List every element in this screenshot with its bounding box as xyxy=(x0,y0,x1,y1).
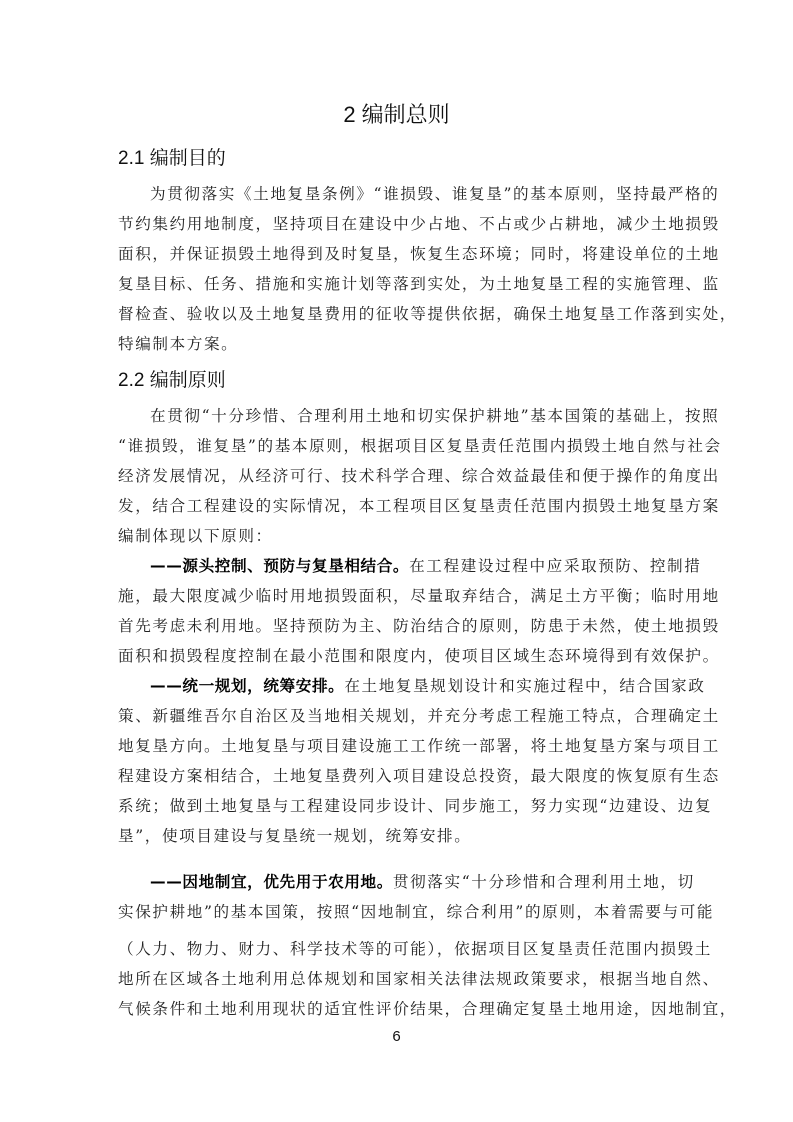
paragraph-line: 面积，并保证损毁土地得到及时复垦，恢复生态环境；同时，将建设单位的土地 xyxy=(118,242,678,264)
paragraph-line: 发，结合工程建设的实际情况，本工程项目区复垦责任范围内损毁土地复垦方案 xyxy=(118,494,678,516)
paragraph-line: 程建设方案相结合，土地复垦费列入项目建设总投资，最大限度的恢复原有生态 xyxy=(118,764,678,786)
principle-3-first-line: ——因地制宜，优先用于农用地。贯彻落实“十分珍惜和合理利用土地，切 xyxy=(150,870,710,892)
principle-3-title: ——因地制宜，优先用于农用地。 xyxy=(150,873,393,891)
document-page: 2 编制总则 2.1 编制目的 为贯彻落实《土地复垦条例》“谁损毁、谁复垦”的基… xyxy=(0,0,793,1122)
paragraph-line: 实保护耕地”的基本国策，按照“因地制宜，综合利用”的原则，本着需要与可能 xyxy=(118,900,678,922)
paragraph-line: 施，最大限度减少临时用地损毁面积，尽量取弃结合，满足土方平衡；临时用地 xyxy=(118,584,678,606)
paragraph-line: 垦”，使项目建设与复垦统一规划，统筹安排。 xyxy=(118,824,678,846)
paragraph-line: 面积和损毁程度控制在最小范围和限度内，使项目区域生态环境得到有效保护。 xyxy=(118,644,678,666)
paragraph-line: 为贯彻落实《土地复垦条例》“谁损毁、谁复垦”的基本原则，坚持最严格的 xyxy=(150,182,710,204)
chapter-title: 2 编制总则 xyxy=(0,98,793,129)
paragraph-line: 节约集约用地制度，坚持项目在建设中少占地、不占或少占耕地，减少土地损毁 xyxy=(118,212,678,234)
paragraph-line: 系统；做到土地复垦与工程建设同步设计、同步施工，努力实现“边建设、边复 xyxy=(118,794,678,816)
paragraph-line: （人力、物力、财力、科学技术等的可能），依据项目区复垦责任范围内损毁土 xyxy=(118,937,678,959)
principle-1-first-line: ——源头控制、预防与复垦相结合。在工程建设过程中应采取预防、控制措 xyxy=(150,554,710,576)
principle-2-text: 在土地复垦规划设计和实施过程中，结合国家政 xyxy=(344,677,705,695)
paragraph-line: 编制体现以下原则： xyxy=(118,524,678,546)
paragraph-line: 经济发展情况，从经济可行、技术科学合理、综合效益最佳和便于操作的角度出 xyxy=(118,464,678,486)
section-heading-2-2: 2.2 编制原则 xyxy=(118,365,226,392)
paragraph-line: 策、新疆维吾尔自治区及当地相关规划，并充分考虑工程施工特点，合理确定土 xyxy=(118,704,678,726)
paragraph-line: “谁损毁，谁复垦”的基本原则，根据项目区复垦责任范围内损毁土地自然与社会 xyxy=(118,434,678,456)
principle-2-first-line: ——统一规划，统筹安排。在土地复垦规划设计和实施过程中，结合国家政 xyxy=(150,674,710,696)
page-number: 6 xyxy=(0,1028,793,1045)
principle-1-title: ——源头控制、预防与复垦相结合。 xyxy=(150,557,409,575)
paragraph-line: 督检查、验收以及土地复垦费用的征收等提供依据，确保土地复垦工作落到实处， xyxy=(118,302,678,324)
principle-3-text: 贯彻落实“十分珍惜和合理利用土地，切 xyxy=(393,873,695,891)
paragraph-line: 气候条件和土地利用现状的适宜性评价结果，合理确定复垦土地用途，因地制宜， xyxy=(118,997,678,1019)
paragraph-line: 地所在区域各土地利用总体规划和国家相关法律法规政策要求，根据当地自然、 xyxy=(118,967,678,989)
paragraph-line: 首先考虑未利用地。坚持预防为主、防治结合的原则，防患于未然，使土地损毁 xyxy=(118,614,678,636)
principle-2-title: ——统一规划，统筹安排。 xyxy=(150,677,344,695)
section-heading-2-1: 2.1 编制目的 xyxy=(118,143,226,170)
principle-1-text: 在工程建设过程中应采取预防、控制措 xyxy=(409,557,701,575)
paragraph-line: 复垦目标、任务、措施和实施计划等落到实处，为土地复垦工程的实施管理、监 xyxy=(118,272,678,294)
paragraph-line: 在贯彻“十分珍惜、合理利用土地和切实保护耕地”基本国策的基础上，按照 xyxy=(150,404,710,426)
paragraph-line: 地复垦方向。土地复垦与项目建设施工工作统一部署，将土地复垦方案与项目工 xyxy=(118,734,678,756)
paragraph-line: 特编制本方案。 xyxy=(118,332,678,354)
